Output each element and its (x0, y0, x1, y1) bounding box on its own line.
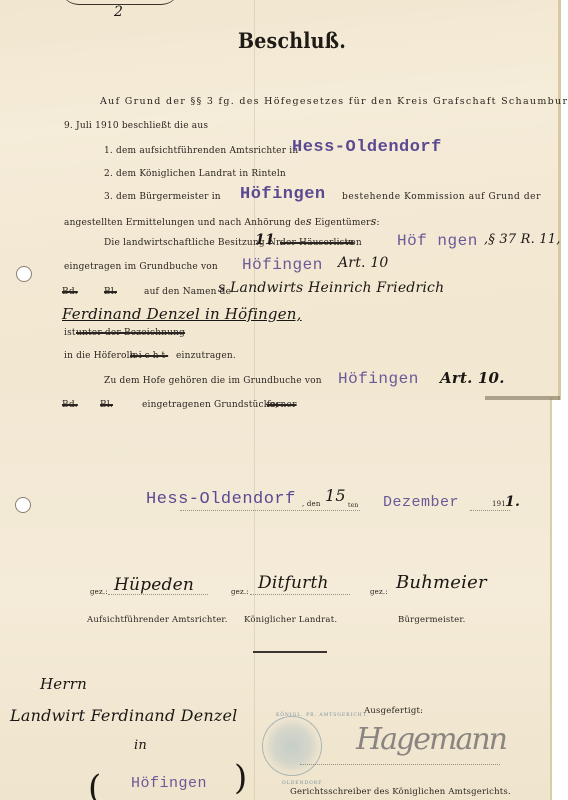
right-bracket-icon: ) (234, 758, 247, 798)
role-amtsrichter: Aufsichtführender Amtsrichter. (87, 615, 228, 625)
property-line-1-hand: ,§ 37 R. 11, (484, 232, 561, 247)
commission-item-1: 1. dem aufsichtführenden Amtsrichter in (104, 146, 298, 156)
stamp-hess-oldendorf: Hess-Oldendorf (292, 138, 442, 157)
left-bracket-icon: ( (88, 768, 101, 800)
stamp-hoefingen: Höfingen (240, 185, 326, 204)
date-year-prefix: 191 (492, 500, 506, 508)
date-day-hand: 15 (325, 486, 346, 505)
stamp-hoefingen-2: Höf ngen (397, 232, 478, 250)
clerk-signature-line (300, 764, 500, 765)
struck-bl: Bl. (104, 287, 117, 297)
signature-amtsrichter: Hüpeden (114, 575, 194, 595)
date-month-stamp: Dezember (383, 494, 459, 511)
date-underline (180, 510, 360, 511)
stamp-hoefingen-3: Höfingen (242, 256, 323, 274)
addressee-in: in (134, 738, 147, 753)
property-line-5-label: ist (64, 328, 76, 338)
struck-bd-2: Bd. (62, 400, 96, 410)
parcels-line-1-label: Zu dem Hofe gehören die im Grundbuche vo… (104, 376, 322, 386)
struck-bezeichnung: unter der Bezeichnung (76, 328, 185, 338)
addressee-salutation: Herrn (40, 675, 87, 693)
parcels-line-1-hand: Art. 10. (440, 369, 505, 387)
page-number: 2 (114, 4, 123, 20)
date-den: , den (302, 500, 321, 508)
commission-continuation: angestellten Ermittelungen und nach Anhö… (64, 215, 380, 228)
commission-item-3: 3. dem Bürgermeister in (104, 192, 221, 202)
date-place-stamp: Hess-Oldendorf (146, 490, 296, 509)
preamble-line-2: 9. Juli 1910 beschließt die aus (64, 121, 208, 131)
date-ten: ten (348, 502, 358, 509)
commission-item-3-suffix: bestehende Kommission auf Grund der (342, 192, 541, 202)
punch-hole-icon (16, 266, 32, 282)
clerk-title: Gerichtsschreiber des Königlichen Amtsge… (290, 787, 511, 797)
role-landrat: Königlicher Landrat. (244, 615, 337, 625)
stamp-hoefingen-4: Höfingen (338, 370, 419, 388)
preamble-line-1: Auf Grund der §§ 3 fg. des Höfegesetzes … (100, 96, 568, 107)
certification-label: Ausgefertigt: (364, 706, 423, 716)
addressee-place-stamp: Höfingen (131, 775, 207, 792)
property-line-6-end: einzutragen. (176, 351, 236, 361)
official-seal-icon (262, 716, 322, 776)
addressee-name: Landwirt Ferdinand Denzel (10, 706, 237, 725)
struck-nicht: nicht (130, 351, 168, 361)
paper-fold (485, 396, 560, 400)
property-von: von (345, 238, 362, 248)
property-number-hand: 11 (255, 232, 275, 248)
signature-landrat: Ditfurth (258, 573, 329, 593)
signature-buergermeister: Buhmeier (396, 572, 487, 593)
property-line-4-hand: Ferdinand Denzel in Höfingen, (62, 305, 302, 323)
struck-bl-2: Bl. (100, 400, 113, 410)
date-year-hand: 1. (505, 494, 520, 510)
role-buergermeister: Bürgermeister. (398, 615, 466, 625)
clerk-signature: Hagemann (356, 722, 506, 757)
struck-bd: Bd. (62, 287, 98, 297)
property-line-2-label: eingetragen im Grundbuche von (64, 262, 218, 272)
commission-item-2: 2. dem Königlichen Landrat in Rinteln (104, 169, 286, 179)
property-line-2-hand: Art. 10 (338, 255, 389, 271)
struck-haeuserliste: der Häuserliste (280, 238, 354, 248)
property-line-6-label: in die Höferolle (64, 351, 138, 361)
parcels-line-2-label: eingetragenen Grundstücke; (142, 400, 278, 410)
document-title: Beschluß. (238, 28, 346, 53)
year-underline (470, 510, 510, 511)
property-line-3-hand: s Landwirts Heinrich Friedrich (218, 280, 444, 296)
struck-ferner: ferner (267, 400, 297, 410)
punch-hole-icon (15, 497, 31, 513)
separator-rule (253, 651, 327, 653)
